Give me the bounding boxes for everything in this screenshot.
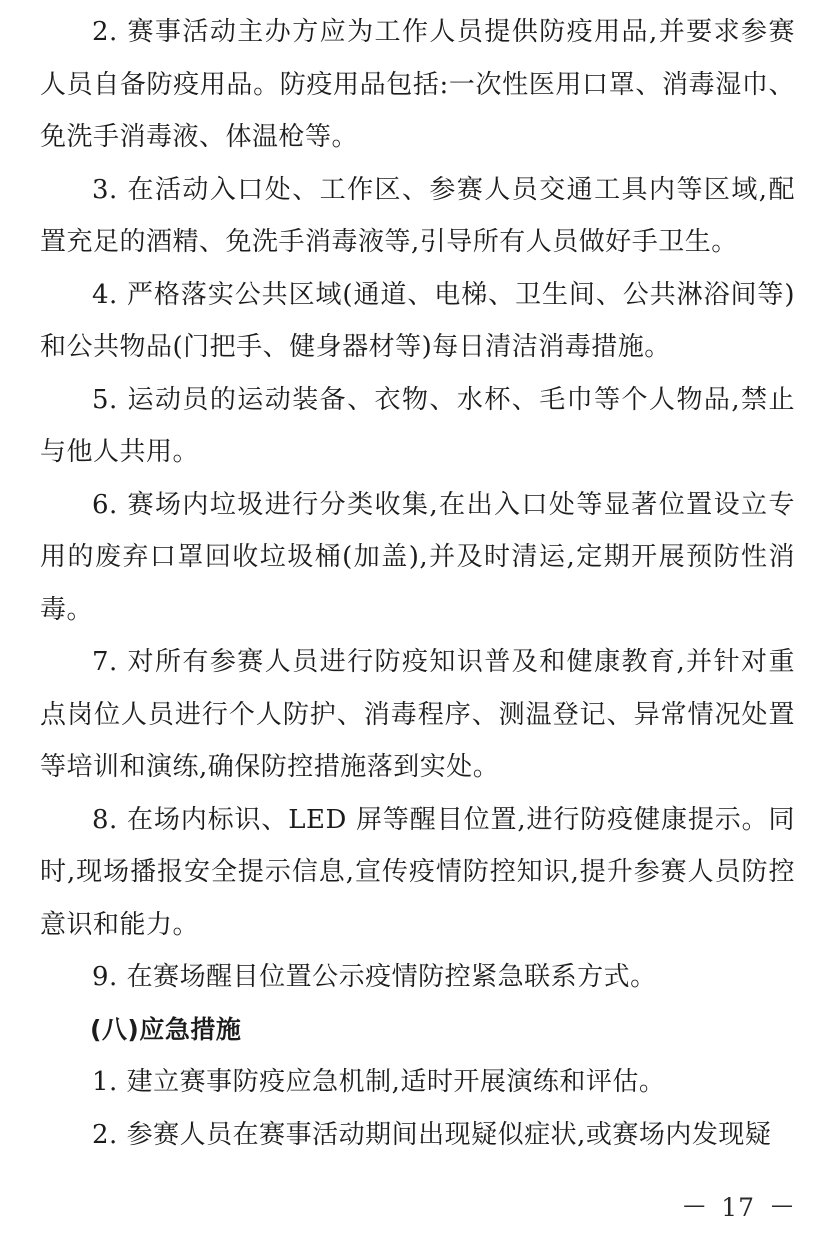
paragraph: 2. 参赛人员在赛事活动期间出现疑似症状,或赛场内发现疑 [40,1109,795,1162]
paragraph: 4. 严格落实公共区域(通道、电梯、卫生间、公共淋浴间等)和公共物品(门把手、健… [40,269,795,374]
paragraph: 5. 运动员的运动装备、衣物、水杯、毛巾等个人物品,禁止与他人共用。 [40,374,795,479]
paragraph: 8. 在场内标识、LED 屏等醒目位置,进行防疫健康提示。同时,现场播报安全提示… [40,794,795,952]
page-number-dash-right: — [771,1195,793,1217]
paragraph: 2. 赛事活动主办方应为工作人员提供防疫用品,并要求参赛人员自备防疫用品。防疫用… [40,6,795,164]
paragraph: 9. 在赛场醒目位置公示疫情防控紧急联系方式。 [40,951,795,1004]
section-heading: (八)应急措施 [40,1004,795,1057]
document-body: 2. 赛事活动主办方应为工作人员提供防疫用品,并要求参赛人员自备防疫用品。防疫用… [40,6,795,1161]
page-number: 17 [721,1195,755,1220]
paragraph: 7. 对所有参赛人员进行防疫知识普及和健康教育,并针对重点岗位人员进行个人防护、… [40,636,795,794]
paragraph: 6. 赛场内垃圾进行分类收集,在出入口处等显著位置设立专用的废弃口罩回收垃圾桶(… [40,479,795,637]
document-page: 2. 赛事活动主办方应为工作人员提供防疫用品,并要求参赛人员自备防疫用品。防疫用… [0,0,833,1236]
paragraph: 3. 在活动入口处、工作区、参赛人员交通工具内等区域,配置充足的酒精、免洗手消毒… [40,164,795,269]
paragraph: 1. 建立赛事防疫应急机制,适时开展演练和评估。 [40,1056,795,1109]
page-number-dash-left: — [683,1195,705,1217]
page-footer: — 17 — [683,1195,793,1220]
